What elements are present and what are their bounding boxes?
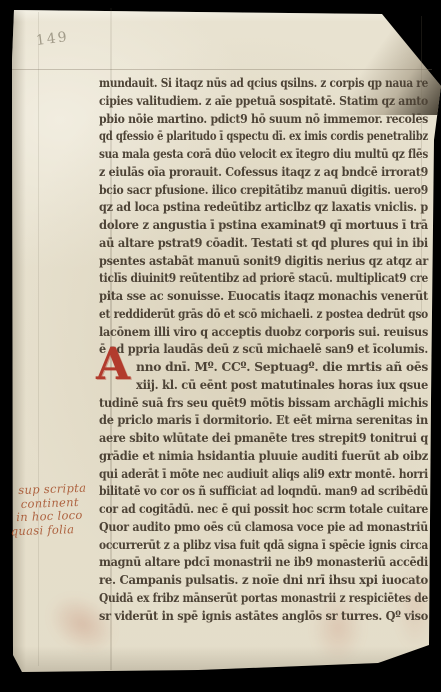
text-line: cor ad cogitādū. nec ē qui possit hoc sc… <box>99 500 428 518</box>
text-line: xiij. kl. cū eēnt post matutinales horas… <box>99 376 428 394</box>
manuscript-photo: 149 mundauit. Si itaqz nūs ad qcius qsil… <box>0 0 441 692</box>
text-line: de priclo maris ī dormitorio. Et eēt mir… <box>99 411 428 429</box>
text-line: lacōnem illi viro q acceptis duobz corpo… <box>99 323 428 341</box>
text-line: pbio nōie martino. pdict9 hō suum nō imm… <box>99 110 428 128</box>
text-line: pita sse ac sonuisse. Euocatis itaqz mon… <box>99 287 428 305</box>
text-line: re. Campanis pulsatis. z noīe dni nrī ih… <box>99 571 428 589</box>
text-line: aere sbito wlūtate dei pmanēte tres stre… <box>99 429 428 447</box>
text-line: nno dnī. Mº. CCº. Septuagº. die mrtis añ… <box>99 358 428 376</box>
text-line: mundauit. Si itaqz nūs ad qcius qsilns. … <box>99 74 428 92</box>
text-line: psentes astabāt manuū sonit9 digitis ner… <box>99 252 428 270</box>
text-line: qd qfessio ē plaritudo ī qspectu dī. ex … <box>99 127 428 145</box>
text-line: et reddiderūt grās dō et scō michaeli. z… <box>99 305 428 323</box>
text-line: Quor audito pmo oēs cū clamosa voce pie … <box>99 518 428 536</box>
text-line: qui aderāt ī mōte nec audiuit aliqs ali9… <box>99 465 428 483</box>
text-line: z eiulās oīa prorauit. Cofessus itaqz z … <box>99 163 428 181</box>
gloss-line: quasi folia <box>10 522 87 538</box>
text-line: qz ad loca pstina redeūtibz articlbz qz … <box>99 198 428 216</box>
text-line: cipies valitudiem. z aīe ppetuā sospitat… <box>99 92 428 110</box>
marginal-gloss-red: sup scripta continent in hoc loco quasi … <box>9 482 88 539</box>
text-line: magnū altare pdcī monastrii ne ib9 monas… <box>99 553 428 571</box>
text-line: ē ad ppria laudās deū z scū michaelē san… <box>99 340 428 358</box>
text-line: sua mala gesta corā dūo velocit ex ītegr… <box>99 145 428 163</box>
text-line: bilitatē vo cor os ñ sufficiat ad loqndū… <box>99 482 428 500</box>
text-line: occurrerūt z a plibz visa fuit qdā signa… <box>99 536 428 554</box>
text-line: grādie et nimia hsidantia pluuie auditi … <box>99 447 428 465</box>
text-line: dolore z angustia ī pstina examinat9 qī … <box>99 216 428 234</box>
text-line: aū altare pstrat9 cōadit. Testati st qd … <box>99 234 428 252</box>
text-line: tudinē suā frs seu quēt9 mōtis bissam ar… <box>99 394 428 412</box>
text-line: bcio sacr pfusione. ilico crepitātibz ma… <box>99 181 428 199</box>
text-line: sr viderūt in spē ignis astātes anglōs s… <box>99 607 428 625</box>
main-text-block: mundauit. Si itaqz nūs ad qcius qsilns. … <box>99 74 428 624</box>
rubricated-initial-letter: A <box>96 343 136 389</box>
text-line: Quidā ex fribz mānserūt portas monastrii… <box>99 589 428 607</box>
text-line: ticlīs diuinit9 reūtentibz ad priorē sta… <box>99 269 428 287</box>
